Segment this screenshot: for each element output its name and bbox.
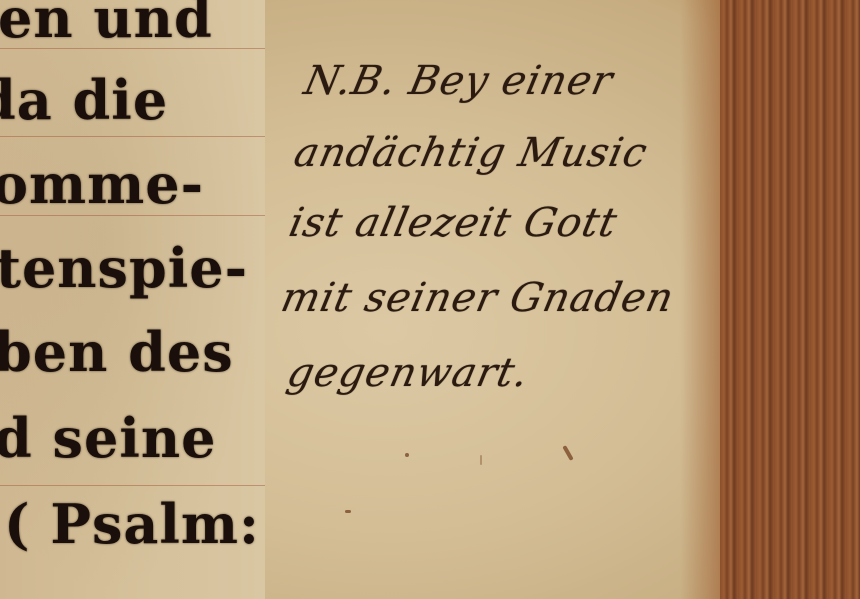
printed-line: tenspie- [0,236,248,300]
book-binding [720,0,860,599]
red-rule-line [0,136,265,137]
paper-speck [480,455,482,465]
printed-line: da die [0,68,168,132]
printed-line: omme- [0,152,204,216]
paper-speck [562,445,573,461]
printed-column: en und da die omme- tenspie- ben des d s… [0,0,265,599]
document-page: en und da die omme- tenspie- ben des d s… [0,0,860,599]
handwritten-line: andächtig Music [290,130,652,176]
handwritten-line: gegenwart. [283,350,533,396]
paper-speck [405,453,409,457]
printed-line: ( Psalm: [4,492,260,556]
red-rule-line [0,485,265,486]
handwritten-line: ist allezeit Gott [285,200,622,246]
page-edge-shadow [680,0,720,599]
printed-line: d seine [0,406,216,470]
printed-line: en und [0,0,213,50]
printed-line: ben des [0,320,234,384]
handwritten-line: N.B. Bey einer [300,58,617,104]
handwritten-line: mit seiner Gnaden [277,275,678,321]
paper-speck [345,510,351,513]
